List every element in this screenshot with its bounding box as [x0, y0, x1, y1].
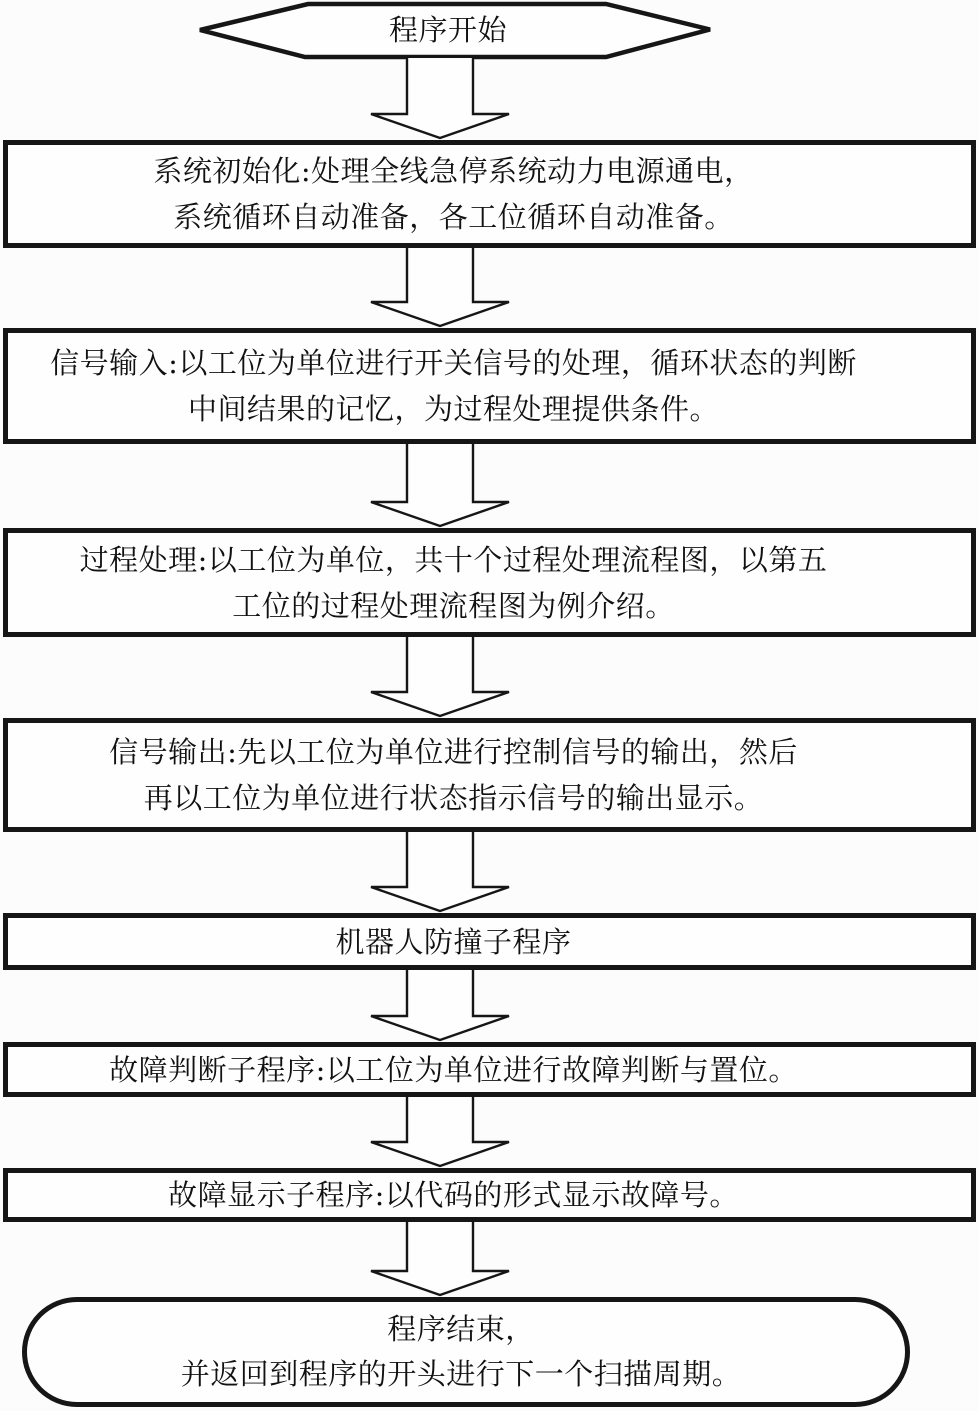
node-label-line: 程序结束，: [387, 1307, 535, 1352]
flow-arrow-down-icon: [367, 968, 513, 1042]
node-label-line: 工位的过程处理流程图为例介绍。: [232, 583, 675, 629]
end-node: 程序结束， 并返回到程序的开头进行下一个扫描周期。: [22, 1297, 910, 1407]
start-node: 程序开始: [197, 1, 713, 59]
node-label-line: 信号输出:先以工位为单位进行控制信号的输出，然后: [109, 729, 798, 775]
flow-arrow-down-icon: [367, 1095, 513, 1168]
node-label-line: 过程处理:以工位为单位，共十个过程处理流程图，以第五: [80, 537, 828, 583]
process-box-system-init: 系统初始化:处理全线急停系统动力电源通电， 系统循环自动准备，各工位循环自动准备…: [3, 140, 976, 248]
node-label-line: 故障判断子程序:以工位为单位进行故障判断与置位。: [109, 1047, 798, 1093]
process-box-signal-input: 信号输入:以工位为单位进行开关信号的处理，循环状态的判断 中间结果的记忆，为过程…: [3, 328, 976, 444]
node-label-line: 故障显示子程序:以代码的形式显示故障号。: [168, 1172, 739, 1218]
node-label-line: 机器人防撞子程序: [335, 919, 571, 965]
node-label-line: 信号输入:以工位为单位进行开关信号的处理，循环状态的判断: [50, 340, 857, 386]
process-box-process-handling: 过程处理:以工位为单位，共十个过程处理流程图，以第五 工位的过程处理流程图为例介…: [3, 528, 976, 637]
flow-arrow-down-icon: [367, 635, 513, 718]
process-box-fault-judgement: 故障判断子程序:以工位为单位进行故障判断与置位。: [3, 1042, 976, 1097]
flow-arrow-down-icon: [367, 1220, 513, 1297]
process-box-fault-display: 故障显示子程序:以代码的形式显示故障号。: [3, 1168, 976, 1222]
node-label-line: 系统初始化:处理全线急停系统动力电源通电，: [153, 148, 753, 194]
node-label-line: 中间结果的记忆，为过程处理提供条件。: [188, 386, 719, 432]
flowchart-diagram: 程序开始 系统初始化:处理全线急停系统动力电源通电， 系统循环自动准备，各工位循…: [0, 0, 979, 1411]
node-label-line: 程序开始: [389, 7, 507, 53]
node-label-line: 再以工位为单位进行状态指示信号的输出显示。: [144, 775, 764, 821]
node-label-line: 并返回到程序的开头进行下一个扫描周期。: [181, 1352, 742, 1397]
flow-arrow-down-icon: [367, 442, 513, 528]
flow-arrow-down-icon: [367, 830, 513, 913]
process-box-signal-output: 信号输出:先以工位为单位进行控制信号的输出，然后 再以工位为单位进行状态指示信号…: [3, 718, 976, 832]
process-box-robot-anticollision: 机器人防撞子程序: [3, 913, 976, 970]
flow-arrow-down-icon: [367, 57, 513, 140]
node-label-line: 系统循环自动准备，各工位循环自动准备。: [173, 194, 734, 240]
flow-arrow-down-icon: [367, 246, 513, 328]
